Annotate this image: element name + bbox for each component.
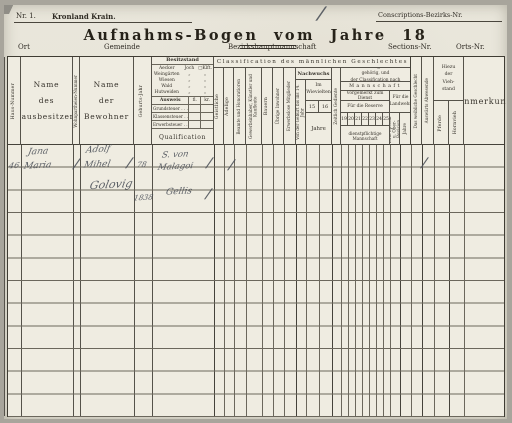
kr-cell-1 <box>201 105 213 112</box>
col-weiblich: Das weibliche Geschlecht <box>411 57 422 145</box>
birth-label: Von der Geburt bis ins 14. Jahr <box>296 80 305 145</box>
col-special-revision: Zum Special- u. Ober-Revision <box>390 113 400 145</box>
weiblich-label: Das weibliche Geschlecht <box>414 74 418 129</box>
inwohner-label: Übrige Inwohner <box>276 88 280 124</box>
adelige-label: Adelige <box>226 97 231 116</box>
erwerbslose-label: Erwerbslose Mitglieder <box>287 81 291 131</box>
fl-cell-3 <box>189 121 201 128</box>
ink-mark-top: ∕ <box>316 4 326 24</box>
cat-adelige: Adelige <box>224 68 234 145</box>
conscription-rule <box>376 12 502 22</box>
gemeinde-label: Gemeinde <box>104 43 140 51</box>
steuer-row-klassen: Klassensteuer . . <box>152 113 189 120</box>
entry-besitzer-1: Jana <box>27 146 49 157</box>
pferde-label: Pferde <box>439 115 444 132</box>
nachwuchs-jahre: Jahre <box>306 113 332 145</box>
col-anmerkung: Anmerkung <box>464 57 506 145</box>
geburtsjahr-label: Geburts-Jahr <box>140 85 145 117</box>
kr-cell-3 <box>201 121 213 128</box>
col-haus-nummer: Haus-Nummer <box>8 57 21 145</box>
age-24: 24 <box>376 113 383 126</box>
vorgemerkt-dienst: Vorgemerkt zum Dienst <box>341 91 390 101</box>
fl-cell-2 <box>189 113 201 120</box>
bauern-label: Bauern <box>265 97 270 115</box>
cat-geistliche: Geistliche <box>214 68 224 145</box>
fuer-landwehr: Für die Landwehr <box>390 91 411 113</box>
entry-bewohner-1: Adolf <box>85 144 111 155</box>
ditto8: „ <box>197 89 213 96</box>
dienstpflichtige-footer: dienstpflichtige Mannschaft <box>341 126 390 145</box>
table-body-grid <box>8 145 504 417</box>
col-geburtsjahr: Geburts-Jahr <box>134 57 152 145</box>
bezirk-label: Bezirkshauptmannschaft <box>228 43 316 51</box>
cat-bauern: Bauern <box>262 68 273 145</box>
geistliche-label: Geistliche <box>216 94 221 119</box>
age-25: 25 <box>383 113 390 126</box>
nachwuchs-year-15: 15 <box>306 101 319 113</box>
col-besitzstand: Besitzstand Aecker Joch □Klft. Weingärte… <box>152 57 214 145</box>
vormerkung-mannschaft: Mannschaft <box>341 82 411 91</box>
special-label: Zum Special- u. Ober-Revision <box>390 113 400 145</box>
ditto7: „ <box>182 89 198 96</box>
scanned-census-form: Nr. 1. Kronland Krain. Conscriptions-Bez… <box>0 0 512 423</box>
entry-qual-1b: Malagoi <box>157 161 194 173</box>
sections-label: Sections-Nr. <box>388 43 432 51</box>
cat-inwohner: Übrige Inwohner <box>273 68 284 145</box>
ort-label: Ort <box>18 43 30 51</box>
jahre-col-label: Jahre <box>403 123 407 134</box>
col-hausbesitzer: Name des Hausbesitzers <box>21 57 73 145</box>
col-wohnpartei: Wohnpartheien-Nummer <box>73 57 80 145</box>
entry-haus-nr: 46. <box>8 161 23 171</box>
nachwuchs-title: Nachwuchs <box>296 68 332 80</box>
kr-header: kr. <box>201 97 213 104</box>
beamte-label: Beamte und Honoratioren <box>237 79 241 135</box>
ausweis-title: Ausweis <box>152 97 189 104</box>
haus-nummer-label: Haus-Nummer <box>12 83 17 119</box>
viehstand-title: Hiezu der Vieh- stand <box>434 57 464 101</box>
entry-jahr-2: 1838 <box>133 193 154 203</box>
im-wievielten: Im Wievielten <box>306 80 332 101</box>
entry-qual-1a: S. von <box>161 149 190 160</box>
age-23: 23 <box>369 113 376 126</box>
orts-label: Orts-Nr. <box>456 43 485 51</box>
page-title: Aufnahms-Bogen vom Jahre 18 <box>4 27 507 44</box>
abwesend-label: Auswärts Abwesende <box>425 78 429 123</box>
zeitlich-label: Zeitlich Gediente <box>334 88 338 125</box>
gewerbe-label: Gewerbsinhaber, Künstler und Kaufleute <box>249 70 258 144</box>
age-22: 22 <box>362 113 369 126</box>
besitzstand-title: Besitzstand <box>152 57 213 65</box>
steuer-row-erwerb: Erwerbsteuer . . <box>152 121 189 128</box>
entry-jahr-1: 78 <box>136 160 147 169</box>
col-abwesend: Auswärts Abwesende <box>422 57 434 145</box>
left-double-rule <box>4 57 5 416</box>
besitz-row-hutweiden: Hutweiden <box>152 89 182 96</box>
col-pferde: Pferde <box>434 101 449 145</box>
nachwuchs-birth-col: Von der Geburt bis ins 14. Jahr <box>296 80 306 145</box>
cat-beamte: Beamte und Honoratioren <box>234 68 246 145</box>
entry-besitzer-2: Maria <box>23 160 52 171</box>
census-table: Haus-Nummer Name des Hausbesitzers Wohnp… <box>7 56 505 417</box>
fl-cell-1 <box>189 105 201 112</box>
wohnpartei-label: Wohnpartheien-Nummer <box>74 75 78 128</box>
cat-gewerbe: Gewerbsinhaber, Künstler und Kaufleute <box>246 68 262 145</box>
entry-qual-2: Gellis <box>165 186 193 197</box>
kronland-rule <box>14 13 192 23</box>
table-header: Haus-Nummer Name des Hausbesitzers Wohnp… <box>8 57 504 145</box>
paper-sheet: Nr. 1. Kronland Krain. Conscriptions-Bez… <box>4 5 507 419</box>
age-19: 19 <box>341 113 348 126</box>
classification-title: Classification des männlichen Geschlecht… <box>214 57 411 68</box>
qualification-label: Qualification <box>152 129 213 145</box>
age-20: 20 <box>348 113 355 126</box>
kr-cell-2 <box>201 113 213 120</box>
age-21: 21 <box>355 113 362 126</box>
col-hornvieh: Hornvieh <box>449 101 464 145</box>
vormerkung-line1: Zu dem bei voriger Aufnahme gehörig, und… <box>341 68 411 82</box>
fuer-reserve: Für die Reserve <box>341 101 390 113</box>
entry-bewohner-3: Golovig <box>88 177 133 192</box>
hornvieh-label: Hornvieh <box>454 111 459 134</box>
steuer-row-grund: Grundsteuer . . . <box>152 105 189 112</box>
nachwuchs-year-16: 16 <box>319 101 332 113</box>
entry-bewohner-2: Mihel <box>83 159 111 170</box>
col-zeitlich: Zeitlich Gediente <box>332 68 341 145</box>
cat-erwerbslose: Erwerbslose Mitglieder <box>284 68 296 145</box>
col-bewohner: Name der Bewohner <box>80 57 134 145</box>
fl-header: fl. <box>189 97 201 104</box>
